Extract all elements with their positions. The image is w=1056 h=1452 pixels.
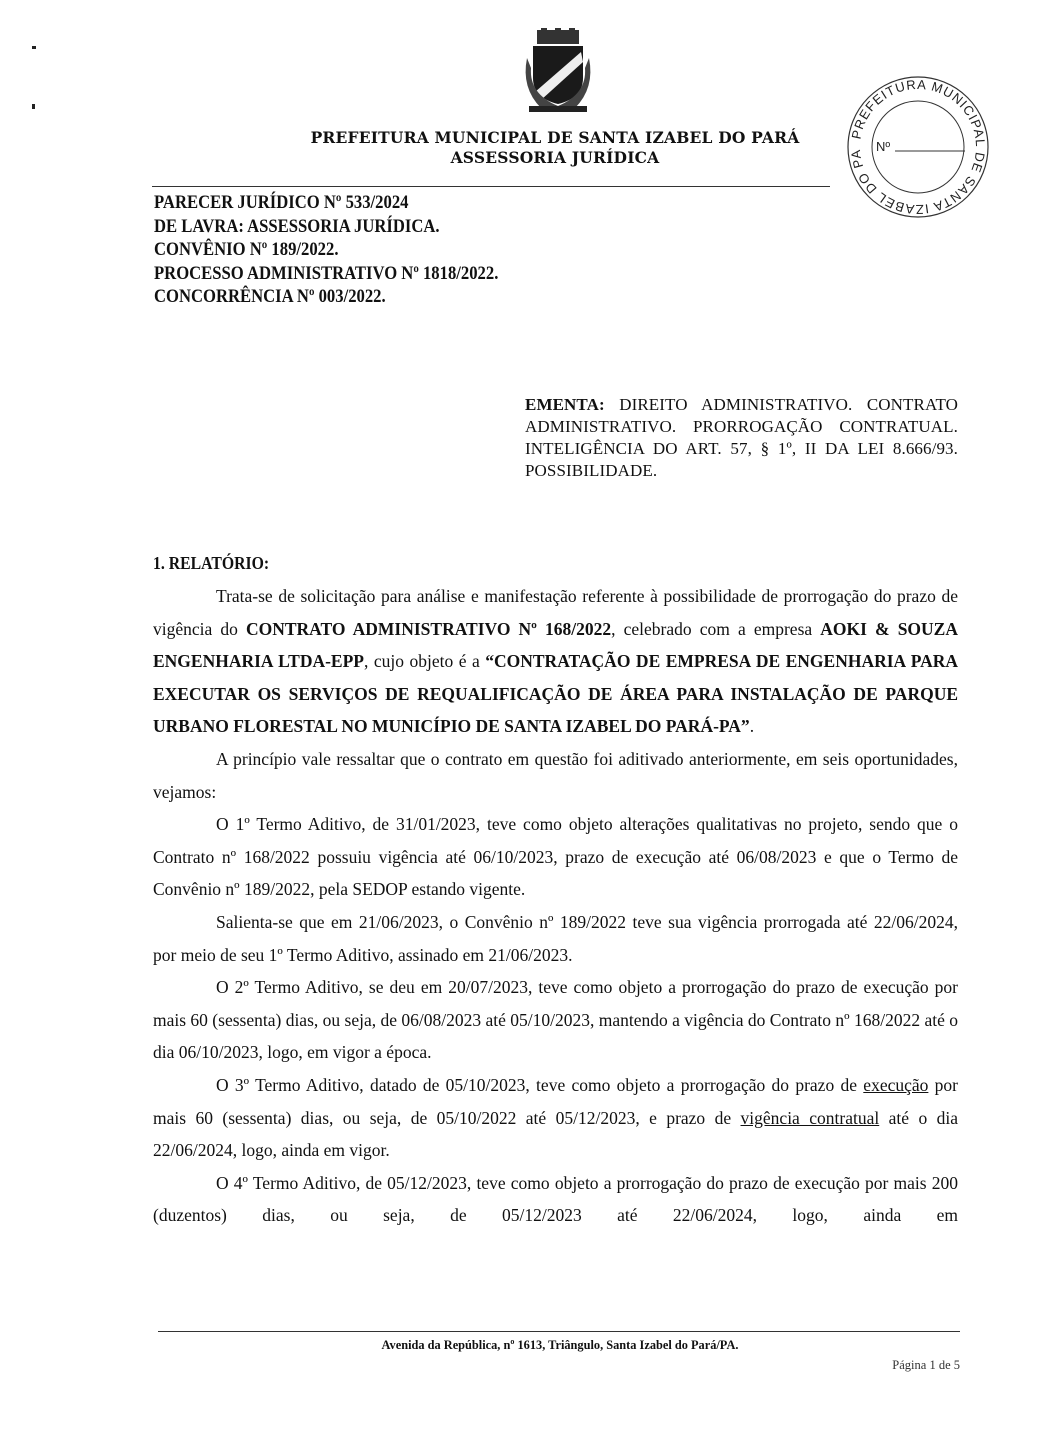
section-heading: 1. RELATÓRIO: [153,553,269,574]
paragraph: A princípio vale ressaltar que o contrat… [153,743,958,808]
paragraph: O 1º Termo Aditivo, de 31/01/2023, teve … [153,808,958,906]
paragraph: O 3º Termo Aditivo, datado de 05/10/2023… [153,1069,958,1167]
paragraph: Trata-se de solicitação para análise e m… [153,580,958,743]
body-text: Trata-se de solicitação para análise e m… [153,580,958,1232]
coat-of-arms-icon [521,28,595,114]
stamp-number-label: Nº [876,139,890,154]
protocol-stamp-icon: PREFEITURA MUNICIPAL DE SANTA IZABEL DO … [843,75,993,220]
svg-text:PREFEITURA MUNICIPAL DE SANTA: PREFEITURA MUNICIPAL DE SANTA IZABEL DO … [843,75,988,217]
scan-speck [32,104,35,109]
footer-address: Avenida da República, nº 1613, Triângulo… [180,1337,940,1353]
paragraph: O 4º Termo Aditivo, de 05/12/2023, teve … [153,1167,958,1232]
footer-divider [158,1331,960,1332]
paragraph: Salienta-se que em 21/06/2023, o Convêni… [153,906,958,971]
convenio-number: CONVÊNIO Nº 189/2022. [154,239,498,263]
letterhead-dept: ASSESSORIA JURÍDICA [300,148,810,168]
ementa: EMENTA: DIREITO ADMINISTRATIVO. CONTRATO… [525,394,958,482]
document-metadata: PARECER JURÍDICO Nº 533/2024 DE LAVRA: A… [154,192,498,310]
author-line: DE LAVRA: ASSESSORIA JURÍDICA. [154,216,498,240]
header-divider [152,186,830,187]
processo-number: PROCESSO ADMINISTRATIVO Nº 1818/2022. [154,263,498,287]
letterhead: PREFEITURA MUNICIPAL DE SANTA IZABEL DO … [300,128,810,168]
scan-speck [32,46,36,49]
letterhead-org: PREFEITURA MUNICIPAL DE SANTA IZABEL DO … [300,128,810,148]
concorrencia-number: CONCORRÊNCIA Nº 003/2022. [154,286,498,310]
page-number: Página 1 de 5 [892,1358,960,1373]
paragraph: O 2º Termo Aditivo, se deu em 20/07/2023… [153,971,958,1069]
ementa-label: EMENTA: [525,395,605,414]
parecer-number: PARECER JURÍDICO Nº 533/2024 [154,192,498,216]
